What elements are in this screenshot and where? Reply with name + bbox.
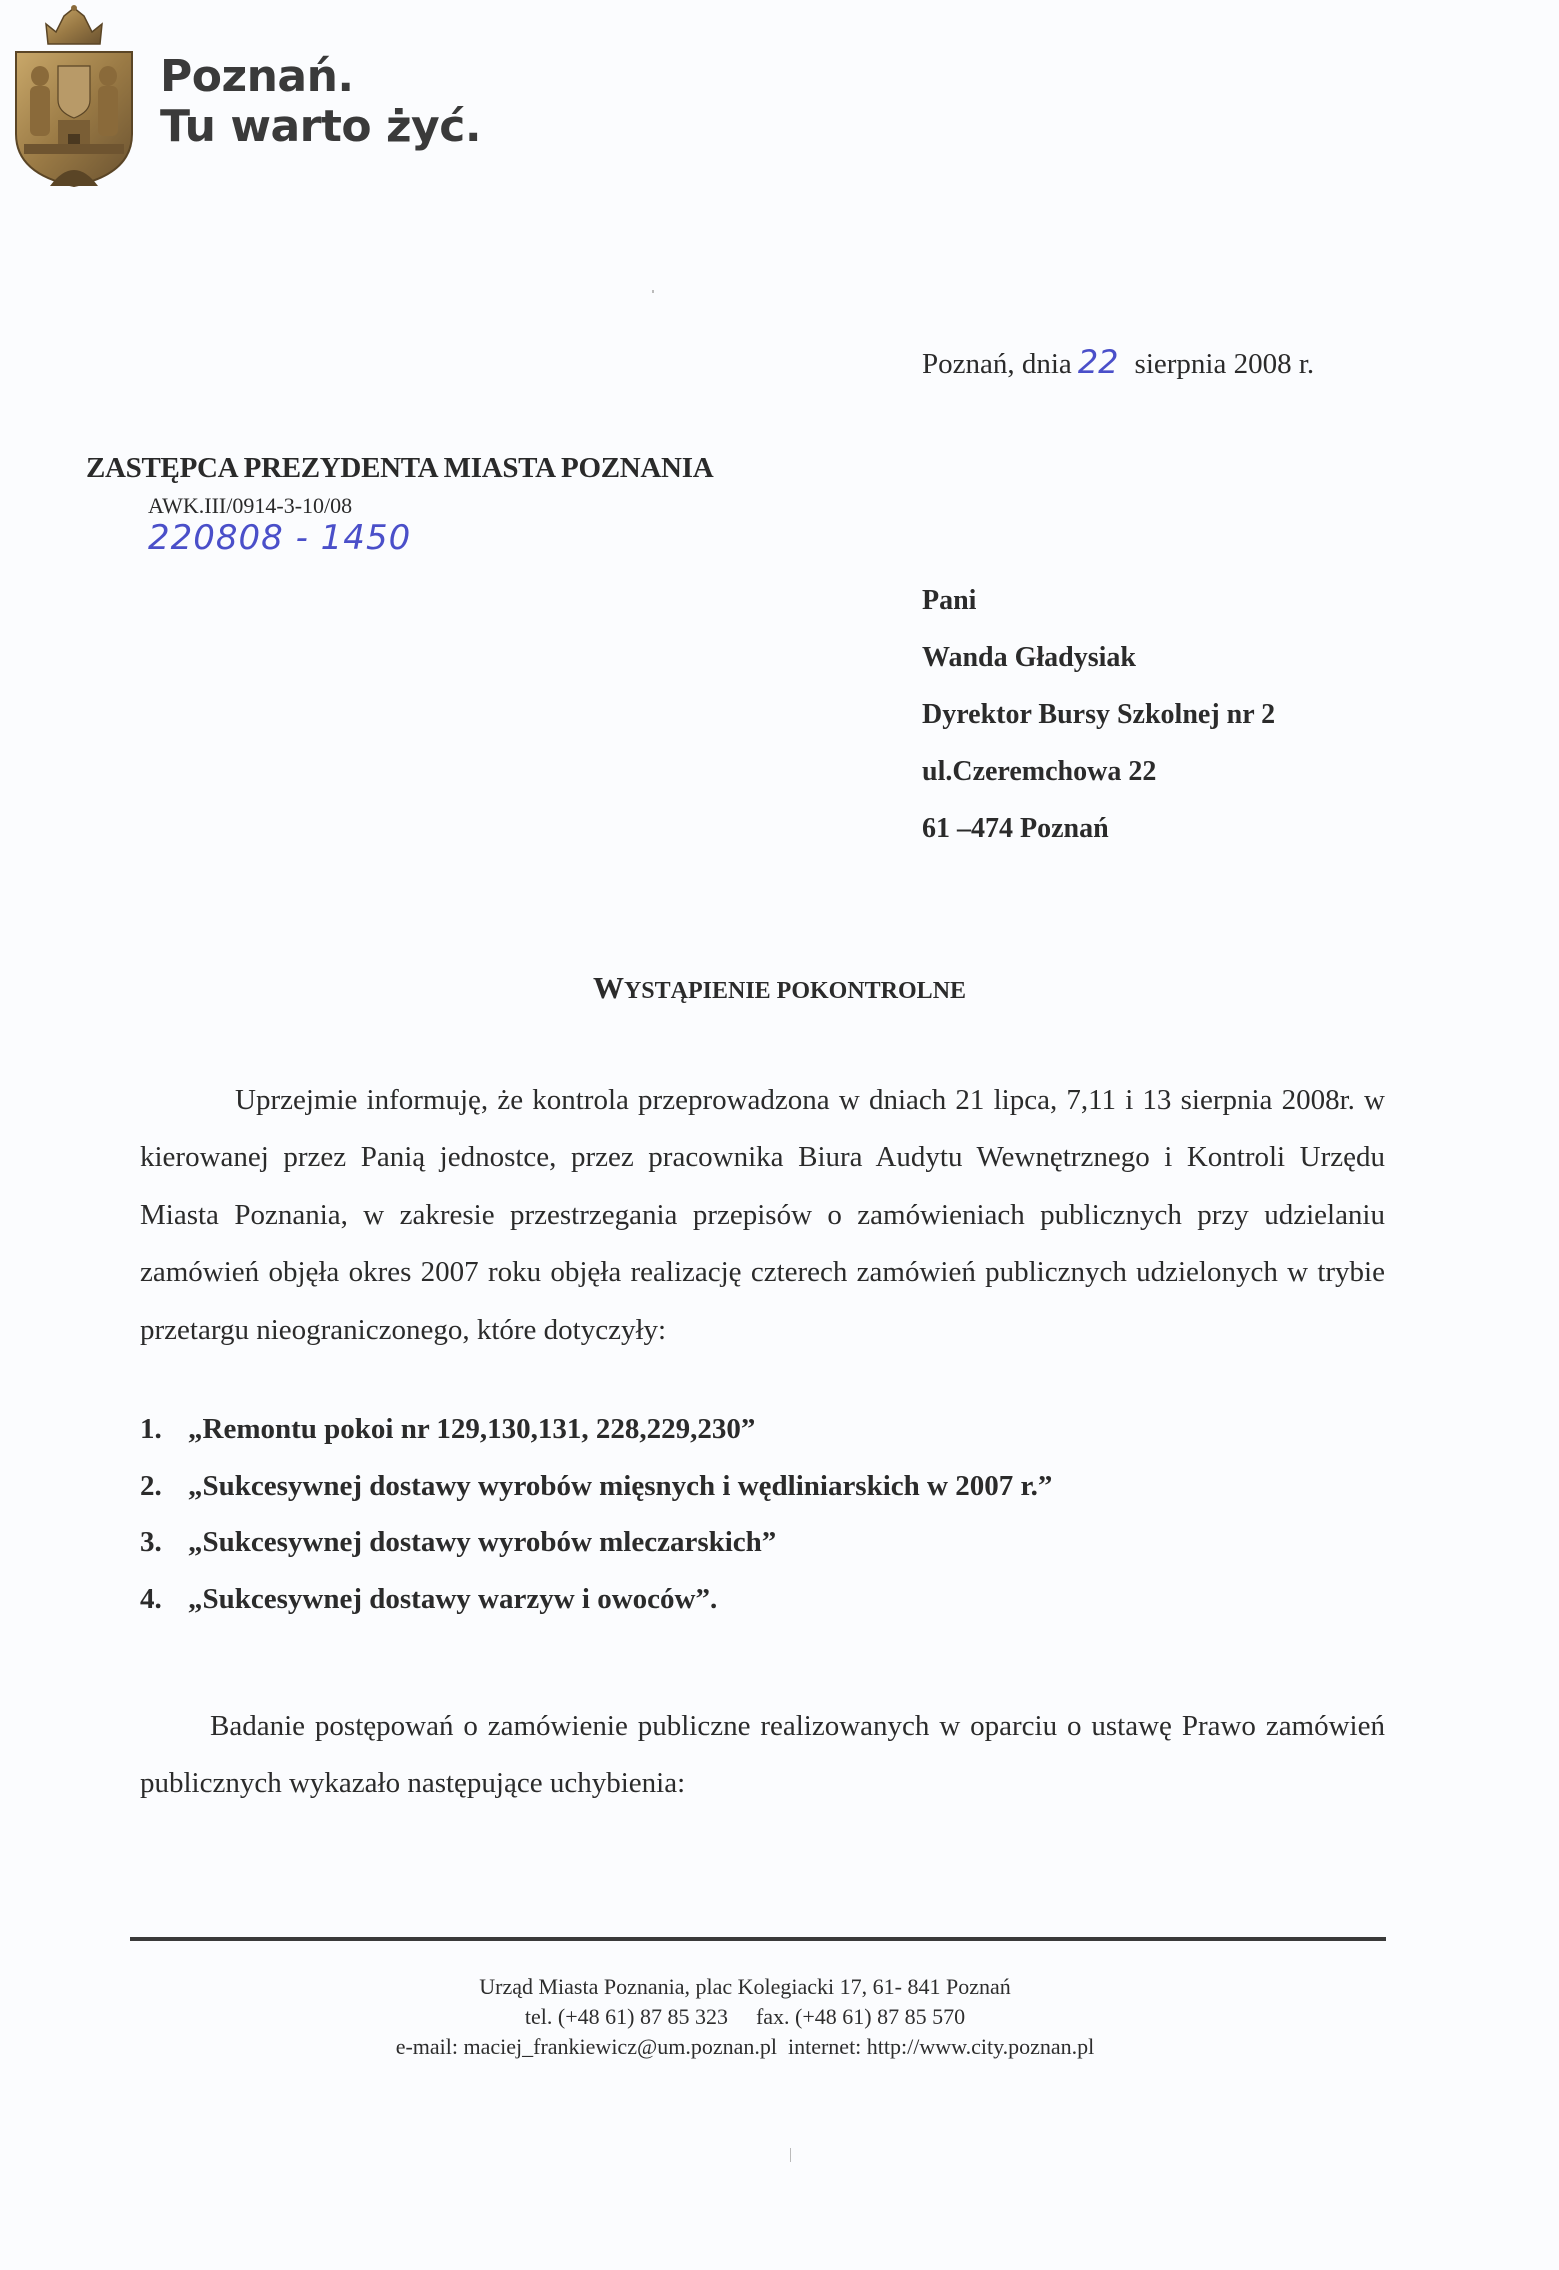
brand-tagline: Tu warto żyć. — [160, 102, 481, 152]
recipient-salutation: Pani — [922, 585, 1275, 642]
list-item-number: 4. — [140, 1583, 188, 1616]
recipient-name: Wanda Gładysiak — [922, 642, 1275, 699]
list-item-text: „Sukcesywnej dostawy wyrobów mięsnych i … — [188, 1470, 1052, 1502]
footer-email[interactable]: e-mail: maciej_frankiewicz@um.poznan.pl — [396, 2034, 777, 2059]
list-item-text: „Sukcesywnej dostawy wyrobów mleczarskic… — [188, 1526, 776, 1558]
scan-speck — [790, 2148, 791, 2162]
footer-contact: Urząd Miasta Poznania, plac Kolegiacki 1… — [0, 1972, 1490, 2062]
date-suffix: sierpnia 2008 r. — [1135, 348, 1315, 380]
document-title: WYSTĄPIENIE POKONTROLNE — [0, 970, 1559, 1006]
list-item-number: 2. — [140, 1470, 188, 1503]
date-prefix: Poznań, dnia — [922, 348, 1072, 380]
title-first-letter: W — [593, 970, 624, 1005]
footer-web-line: e-mail: maciej_frankiewicz@um.poznan.pl … — [0, 2032, 1490, 2062]
reference-number: AWK.III/0914-3-10/08 — [148, 493, 352, 519]
recipient-position: Dyrektor Bursy Szkolnej nr 2 — [922, 699, 1275, 756]
footer-divider — [130, 1937, 1386, 1941]
list-item-text: „Remontu pokoi nr 129,130,131, 228,229,2… — [188, 1413, 755, 1445]
crest-icon — [10, 4, 138, 190]
date-line: Poznań, dnia22sierpnia 2008 r. — [922, 343, 1314, 381]
footer-fax: fax. (+48 61) 87 85 570 — [756, 2004, 965, 2029]
recipient-city: 61 –474 Poznań — [922, 813, 1275, 870]
brand-slogan: Poznań. Tu warto żyć. — [160, 52, 481, 152]
recipient-address: Pani Wanda Gładysiak Dyrektor Bursy Szko… — [922, 585, 1275, 870]
title-rest: YSTĄPIENIE POKONTROLNE — [624, 978, 966, 1004]
footer-website[interactable]: internet: http://www.city.poznan.pl — [788, 2034, 1094, 2059]
body-paragraph-1: Uprzejmie informuję, że kontrola przepro… — [140, 1072, 1385, 1359]
recipient-street: ul.Czeremchowa 22 — [922, 756, 1275, 813]
brand-city-name: Poznań. — [160, 52, 481, 102]
footer-phone-line: tel. (+48 61) 87 85 323fax. (+48 61) 87 … — [0, 2002, 1490, 2032]
contracts-list: 1.„Remontu pokoi nr 129,130,131, 228,229… — [140, 1413, 1052, 1639]
list-item: 2.„Sukcesywnej dostawy wyrobów mięsnych … — [140, 1470, 1052, 1527]
list-item-number: 3. — [140, 1526, 188, 1559]
list-item-text: „Sukcesywnej dostawy warzyw i owoców”. — [188, 1583, 717, 1615]
list-item-number: 1. — [140, 1413, 188, 1446]
city-crest-logo — [10, 4, 138, 190]
list-item: 1.„Remontu pokoi nr 129,130,131, 228,229… — [140, 1413, 1052, 1470]
handwritten-registry-number: 220808 - 1450 — [148, 518, 411, 558]
body-paragraph-2: Badanie postępowań o zamówienie publiczn… — [140, 1698, 1385, 1813]
handwritten-day: 22 — [1078, 343, 1119, 381]
footer-address: Urząd Miasta Poznania, plac Kolegiacki 1… — [0, 1972, 1490, 2002]
scan-speck — [652, 290, 654, 293]
list-item: 3.„Sukcesywnej dostawy wyrobów mleczarsk… — [140, 1526, 1052, 1583]
list-item: 4.„Sukcesywnej dostawy warzyw i owoców”. — [140, 1583, 1052, 1640]
sender-office: ZASTĘPCA PREZYDENTA MIASTA POZNANIA — [86, 452, 713, 485]
footer-tel: tel. (+48 61) 87 85 323 — [525, 2004, 728, 2029]
